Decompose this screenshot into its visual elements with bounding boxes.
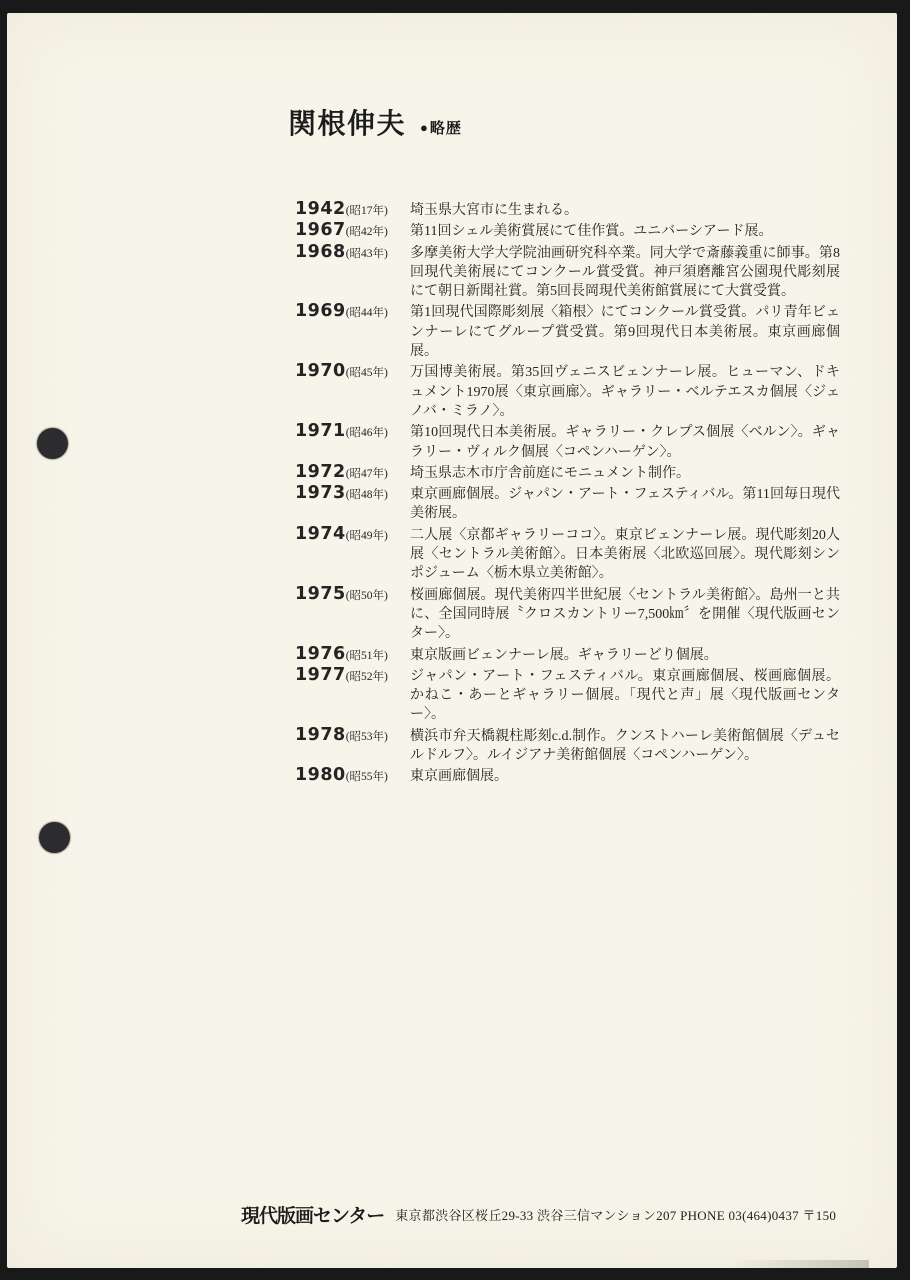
entry-description: 東京画廊個展。 — [410, 767, 840, 786]
entry-era: (昭44年) — [346, 307, 388, 319]
document-page: 関根伸夫 ● 略歴 1942(昭17年) 埼玉県大宮市に生まれる。 1967(昭… — [7, 13, 897, 1268]
publisher-address: 東京都渋谷区桜丘29-33 渋谷三信マンション207 PHONE 03(464)… — [395, 1205, 836, 1224]
timeline-entry: 1968(昭43年) 多摩美術大学大学院油画研究科卒業。同大学で斎藤義重に師事。… — [295, 242, 840, 302]
timeline-entry: 1974(昭49年) 二人展〈京都ギャラリーココ〉。東京ビェンナーレ展。現代彫刻… — [295, 524, 840, 584]
biography-timeline: 1942(昭17年) 埼玉県大宮市に生まれる。 1967(昭42年) 第11回シ… — [295, 199, 840, 787]
entry-description: 第1回現代国際彫刻展〈箱根〉にてコンクール賞受賞。パリ青年ビェンナーレにてグルー… — [410, 303, 840, 361]
timeline-entry: 1967(昭42年) 第11回シェル美術賞展にて佳作賞。ユニバーシアード展。 — [295, 220, 840, 241]
timeline-entry: 1976(昭51年) 東京版画ビェンナーレ展。ギャラリーどり個展。 — [295, 644, 840, 665]
section-label-biography: 略歴 — [430, 117, 462, 138]
entry-year-cell: 1975(昭50年) — [295, 584, 410, 604]
timeline-entry: 1971(昭46年) 第10回現代日本美術展。ギャラリー・クレプス個展〈ベルン〉… — [295, 421, 840, 462]
entry-description: ジャパン・アート・フェスティバル。東京画廊個展、桜画廊個展。かねこ・あーとギャラ… — [410, 667, 840, 725]
entry-era: (昭55年) — [346, 771, 388, 783]
artist-name: 関根伸夫 — [288, 110, 406, 141]
entry-description: 第11回シェル美術賞展にて佳作賞。ユニバーシアード展。 — [410, 222, 840, 241]
entry-year: 1980 — [295, 765, 346, 785]
entry-year-cell: 1976(昭51年) — [295, 644, 410, 664]
timeline-entry: 1970(昭45年) 万国博美術展。第35回ヴェニスビェンナーレ展。ヒューマン、… — [295, 361, 840, 421]
entry-year: 1973 — [295, 483, 346, 503]
bullet-icon: ● — [420, 121, 428, 134]
timeline-entry: 1942(昭17年) 埼玉県大宮市に生まれる。 — [295, 199, 840, 220]
entry-year-cell: 1978(昭53年) — [295, 725, 410, 745]
entry-year: 1978 — [295, 725, 346, 745]
entry-era: (昭52年) — [346, 671, 388, 683]
entry-year-cell: 1972(昭47年) — [295, 462, 410, 482]
entry-description: 多摩美術大学大学院油画研究科卒業。同大学で斎藤義重に師事。第8回現代美術展にてコ… — [410, 244, 840, 302]
paper-corner-shadow — [729, 1260, 869, 1268]
entry-year: 1968 — [295, 242, 346, 262]
entry-year-cell: 1968(昭43年) — [295, 242, 410, 262]
entry-year: 1972 — [295, 462, 346, 482]
entry-era: (昭51年) — [346, 650, 388, 662]
entry-year: 1969 — [295, 301, 346, 321]
entry-era: (昭47年) — [346, 468, 388, 480]
entry-description: 横浜市弁天橋親柱彫刻c.d.制作。クンストハーレ美術館個展〈デュセルドルフ〉。ル… — [410, 727, 840, 766]
timeline-entry: 1978(昭53年) 横浜市弁天橋親柱彫刻c.d.制作。クンストハーレ美術館個展… — [295, 725, 840, 766]
entry-year: 1971 — [295, 421, 346, 441]
entry-year: 1967 — [295, 220, 346, 240]
entry-description: 東京画廊個展。ジャパン・アート・フェスティバル。第11回毎日現代美術展。 — [410, 485, 840, 524]
entry-year-cell: 1971(昭46年) — [295, 421, 410, 441]
entry-era: (昭48年) — [346, 489, 388, 501]
hole-punch-top — [37, 428, 68, 459]
entry-era: (昭45年) — [346, 367, 388, 379]
entry-year: 1975 — [295, 584, 346, 604]
entry-year: 1976 — [295, 644, 346, 664]
document-header: 関根伸夫 ● 略歴 — [288, 110, 462, 141]
timeline-entry: 1972(昭47年) 埼玉県志木市庁舎前庭にモニュメント制作。 — [295, 462, 840, 483]
entry-year-cell: 1969(昭44年) — [295, 301, 410, 321]
entry-description: 埼玉県大宮市に生まれる。 — [410, 201, 840, 220]
entry-description: 万国博美術展。第35回ヴェニスビェンナーレ展。ヒューマン、ドキュメント1970展… — [410, 363, 840, 421]
timeline-entry: 1977(昭52年) ジャパン・アート・フェスティバル。東京画廊個展、桜画廊個展… — [295, 665, 840, 725]
timeline-entry: 1973(昭48年) 東京画廊個展。ジャパン・アート・フェスティバル。第11回毎… — [295, 483, 840, 524]
entry-year-cell: 1942(昭17年) — [295, 199, 410, 219]
entry-year-cell: 1974(昭49年) — [295, 524, 410, 544]
entry-description: 東京版画ビェンナーレ展。ギャラリーどり個展。 — [410, 646, 840, 665]
section-heading: ● 略歴 — [420, 117, 462, 138]
entry-year-cell: 1967(昭42年) — [295, 220, 410, 240]
entry-year: 1942 — [295, 199, 346, 219]
hole-punch-bottom — [39, 822, 70, 853]
entry-description: 埼玉県志木市庁舎前庭にモニュメント制作。 — [410, 464, 840, 483]
entry-era: (昭46年) — [346, 427, 388, 439]
document-footer: 現代版画センター 東京都渋谷区桜丘29-33 渋谷三信マンション207 PHON… — [241, 1201, 836, 1228]
timeline-entry: 1980(昭55年) 東京画廊個展。 — [295, 765, 840, 786]
timeline-entry: 1975(昭50年) 桜画廊個展。現代美術四半世紀展〈セントラル美術館〉。島州一… — [295, 584, 840, 644]
timeline-entry: 1969(昭44年) 第1回現代国際彫刻展〈箱根〉にてコンクール賞受賞。パリ青年… — [295, 301, 840, 361]
entry-era: (昭50年) — [346, 590, 388, 602]
entry-description: 桜画廊個展。現代美術四半世紀展〈セントラル美術館〉。島州一と共に、全国同時展〝ク… — [410, 586, 840, 644]
entry-year-cell: 1980(昭55年) — [295, 765, 410, 785]
entry-year-cell: 1970(昭45年) — [295, 361, 410, 381]
entry-year: 1977 — [295, 665, 346, 685]
entry-era: (昭42年) — [346, 226, 388, 238]
entry-description: 第10回現代日本美術展。ギャラリー・クレプス個展〈ベルン〉。ギャラリー・ヴィルク… — [410, 423, 840, 462]
entry-year-cell: 1973(昭48年) — [295, 483, 410, 503]
entry-year: 1970 — [295, 361, 346, 381]
entry-era: (昭53年) — [346, 731, 388, 743]
entry-era: (昭43年) — [346, 248, 388, 260]
entry-era: (昭49年) — [346, 530, 388, 542]
publisher-logo: 現代版画センター — [241, 1201, 384, 1228]
entry-era: (昭17年) — [346, 205, 388, 217]
entry-year: 1974 — [295, 524, 346, 544]
entry-description: 二人展〈京都ギャラリーココ〉。東京ビェンナーレ展。現代彫刻20人展〈セントラル美… — [410, 526, 840, 584]
entry-year-cell: 1977(昭52年) — [295, 665, 410, 685]
